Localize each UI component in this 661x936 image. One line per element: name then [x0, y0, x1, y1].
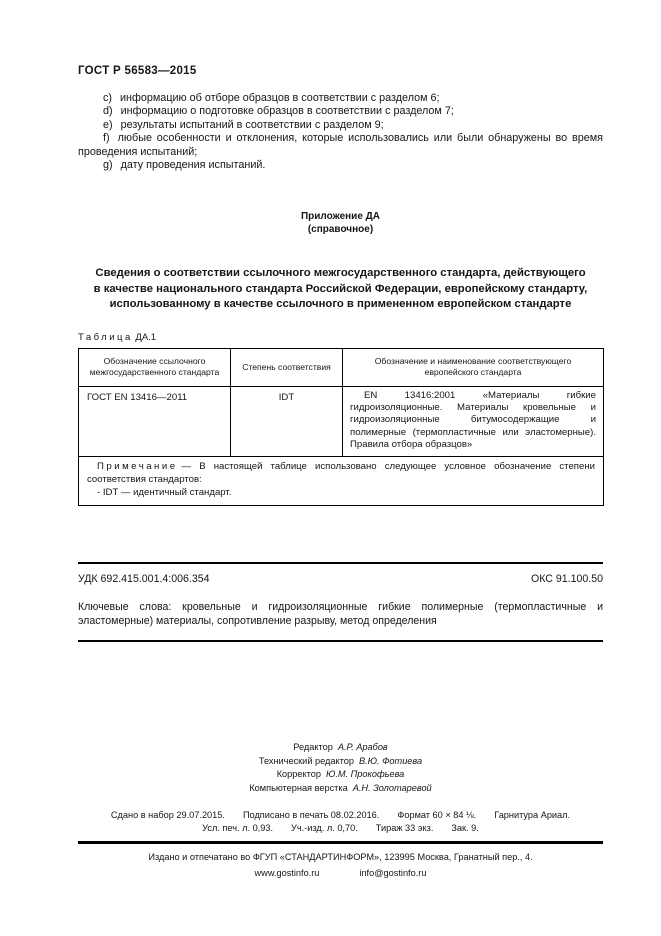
- table-note: Примечание— В настоящей таблице использо…: [87, 461, 595, 487]
- column-header-gost-standard: Обозначение ссылочного межгосударственно…: [79, 348, 231, 386]
- divider-line: [78, 841, 603, 844]
- annex-label: Приложение ДА: [78, 210, 603, 223]
- note-list-item: - IDT — идентичный стандарт.: [87, 487, 595, 500]
- standards-correspondence-table: Обозначение ссылочного межгосударственно…: [78, 348, 604, 506]
- annex-title-line: использованному в качестве ссылочного в …: [78, 297, 603, 313]
- publisher-website: www.gostinfo.ru: [255, 868, 320, 878]
- credit-line: КорректорЮ.М. Прокофьева: [78, 768, 603, 782]
- imprint-format: Формат 60 × 84 ⅛.: [397, 810, 476, 820]
- table-label-word: Таблица: [78, 332, 133, 343]
- credit-role: Технический редактор: [259, 756, 354, 766]
- list-item-text: дату проведения испытаний.: [121, 159, 266, 171]
- list-item: c)информацию об отборе образцов в соотве…: [78, 92, 603, 105]
- list-item-marker: f): [103, 132, 110, 144]
- list-item-text: информацию об отборе образцов в соответс…: [120, 92, 440, 104]
- list-item-marker: e): [103, 119, 113, 131]
- list-item: g)дату проведения испытаний.: [78, 159, 603, 172]
- credit-name: А.Р. Арабов: [338, 742, 388, 752]
- table-header-row: Обозначение ссылочного межгосударственно…: [79, 348, 604, 386]
- table-label-number: ДА.1: [135, 332, 156, 343]
- doc-number: ГОСТ Р 56583—2015: [78, 64, 603, 78]
- annex-title-line: Сведения о соответствии ссылочного межго…: [78, 266, 603, 282]
- imprint-print-date: Подписано в печать 08.02.2016.: [243, 810, 379, 820]
- list-item-text: любые особенности и отклонения, которые …: [78, 132, 603, 157]
- list-item: d)информацию о подготовке образцов в соо…: [78, 105, 603, 118]
- imprint-order: Зак. 9.: [451, 823, 478, 833]
- imprint-publisher-sheets: Уч.-изд. л. 0,70.: [291, 823, 358, 833]
- imprint-printed-sheets: Усл. печ. л. 0,93.: [202, 823, 273, 833]
- cell-euro-standard: EN 13416:2001 «Материалы гибкие гидроизо…: [343, 386, 604, 456]
- divider-line: [78, 640, 603, 642]
- keywords-paragraph: Ключевые слова: кровельные и гидроизоляц…: [78, 601, 603, 628]
- list-item-text: результаты испытаний в соответствии с ра…: [121, 119, 384, 131]
- note-word: Примечание: [97, 461, 178, 472]
- credit-role: Компьютерная верстка: [249, 783, 347, 793]
- imprint-line-2: Усл. печ. л. 0,93.Уч.-изд. л. 0,70.Тираж…: [78, 822, 603, 835]
- document-page: ГОСТ Р 56583—2015 c)информацию об отборе…: [0, 0, 661, 936]
- credit-role: Редактор: [293, 742, 333, 752]
- column-header-degree: Степень соответствия: [231, 348, 343, 386]
- credit-line: РедакторА.Р. Арабов: [78, 741, 603, 755]
- report-items-list: c)информацию об отборе образцов в соотве…: [78, 92, 603, 172]
- table-row: ГОСТ EN 13416—2011 IDT EN 13416:2001 «Ма…: [79, 386, 604, 456]
- udk-code: УДК 692.415.001.4:006.354: [78, 573, 210, 586]
- annex-heading: Приложение ДА (справочное): [78, 210, 603, 236]
- credit-role: Корректор: [277, 769, 321, 779]
- list-item-marker: d): [103, 105, 113, 117]
- credit-line: Компьютерная версткаА.Н. Золотаревой: [78, 782, 603, 796]
- credit-name: А.Н. Золотаревой: [353, 783, 432, 793]
- column-header-euro-standard: Обозначение и наименование соответствующ…: [343, 348, 604, 386]
- annex-title: Сведения о соответствии ссылочного межго…: [78, 266, 603, 313]
- list-item: f)любые особенности и отклонения, которы…: [78, 132, 603, 159]
- table-label: Таблица ДА.1: [78, 332, 603, 343]
- publisher-contacts: www.gostinfo.ruinfo@gostinfo.ru: [78, 867, 603, 880]
- table-note-cell: Примечание— В настоящей таблице использо…: [79, 456, 604, 505]
- imprint-typeset-date: Сдано в набор 29.07.2015.: [111, 810, 225, 820]
- imprint-circulation: Тираж 33 экз.: [376, 823, 434, 833]
- table-note-row: Примечание— В настоящей таблице использо…: [79, 456, 604, 505]
- page-content: ГОСТ Р 56583—2015 c)информацию об отборе…: [78, 0, 603, 880]
- publisher-line: Издано и отпечатано во ФГУП «СТАНДАРТИНФ…: [78, 851, 603, 864]
- list-item: e)результаты испытаний в соответствии с …: [78, 119, 603, 132]
- annex-sublabel: (справочное): [78, 223, 603, 236]
- cell-gost-standard: ГОСТ EN 13416—2011: [79, 386, 231, 456]
- classification-codes: УДК 692.415.001.4:006.354 ОКС 91.100.50: [78, 573, 603, 586]
- oks-code: ОКС 91.100.50: [531, 573, 603, 586]
- list-item-marker: g): [103, 159, 113, 171]
- editorial-credits: РедакторА.Р. Арабов Технический редактор…: [78, 741, 603, 795]
- credit-name: Ю.М. Прокофьева: [326, 769, 404, 779]
- cell-degree: IDT: [231, 386, 343, 456]
- imprint-typeface: Гарнитура Ариал.: [494, 810, 570, 820]
- list-item-marker: c): [103, 92, 112, 104]
- annex-title-line: в качестве национального стандарта Росси…: [78, 282, 603, 298]
- imprint-line-1: Сдано в набор 29.07.2015.Подписано в печ…: [78, 809, 603, 822]
- credit-name: В.Ю. Фотиева: [359, 756, 422, 766]
- list-item-text: информацию о подготовке образцов в соотв…: [121, 105, 454, 117]
- publisher-email: info@gostinfo.ru: [359, 868, 426, 878]
- divider-line: [78, 562, 603, 564]
- credit-line: Технический редакторВ.Ю. Фотиева: [78, 755, 603, 769]
